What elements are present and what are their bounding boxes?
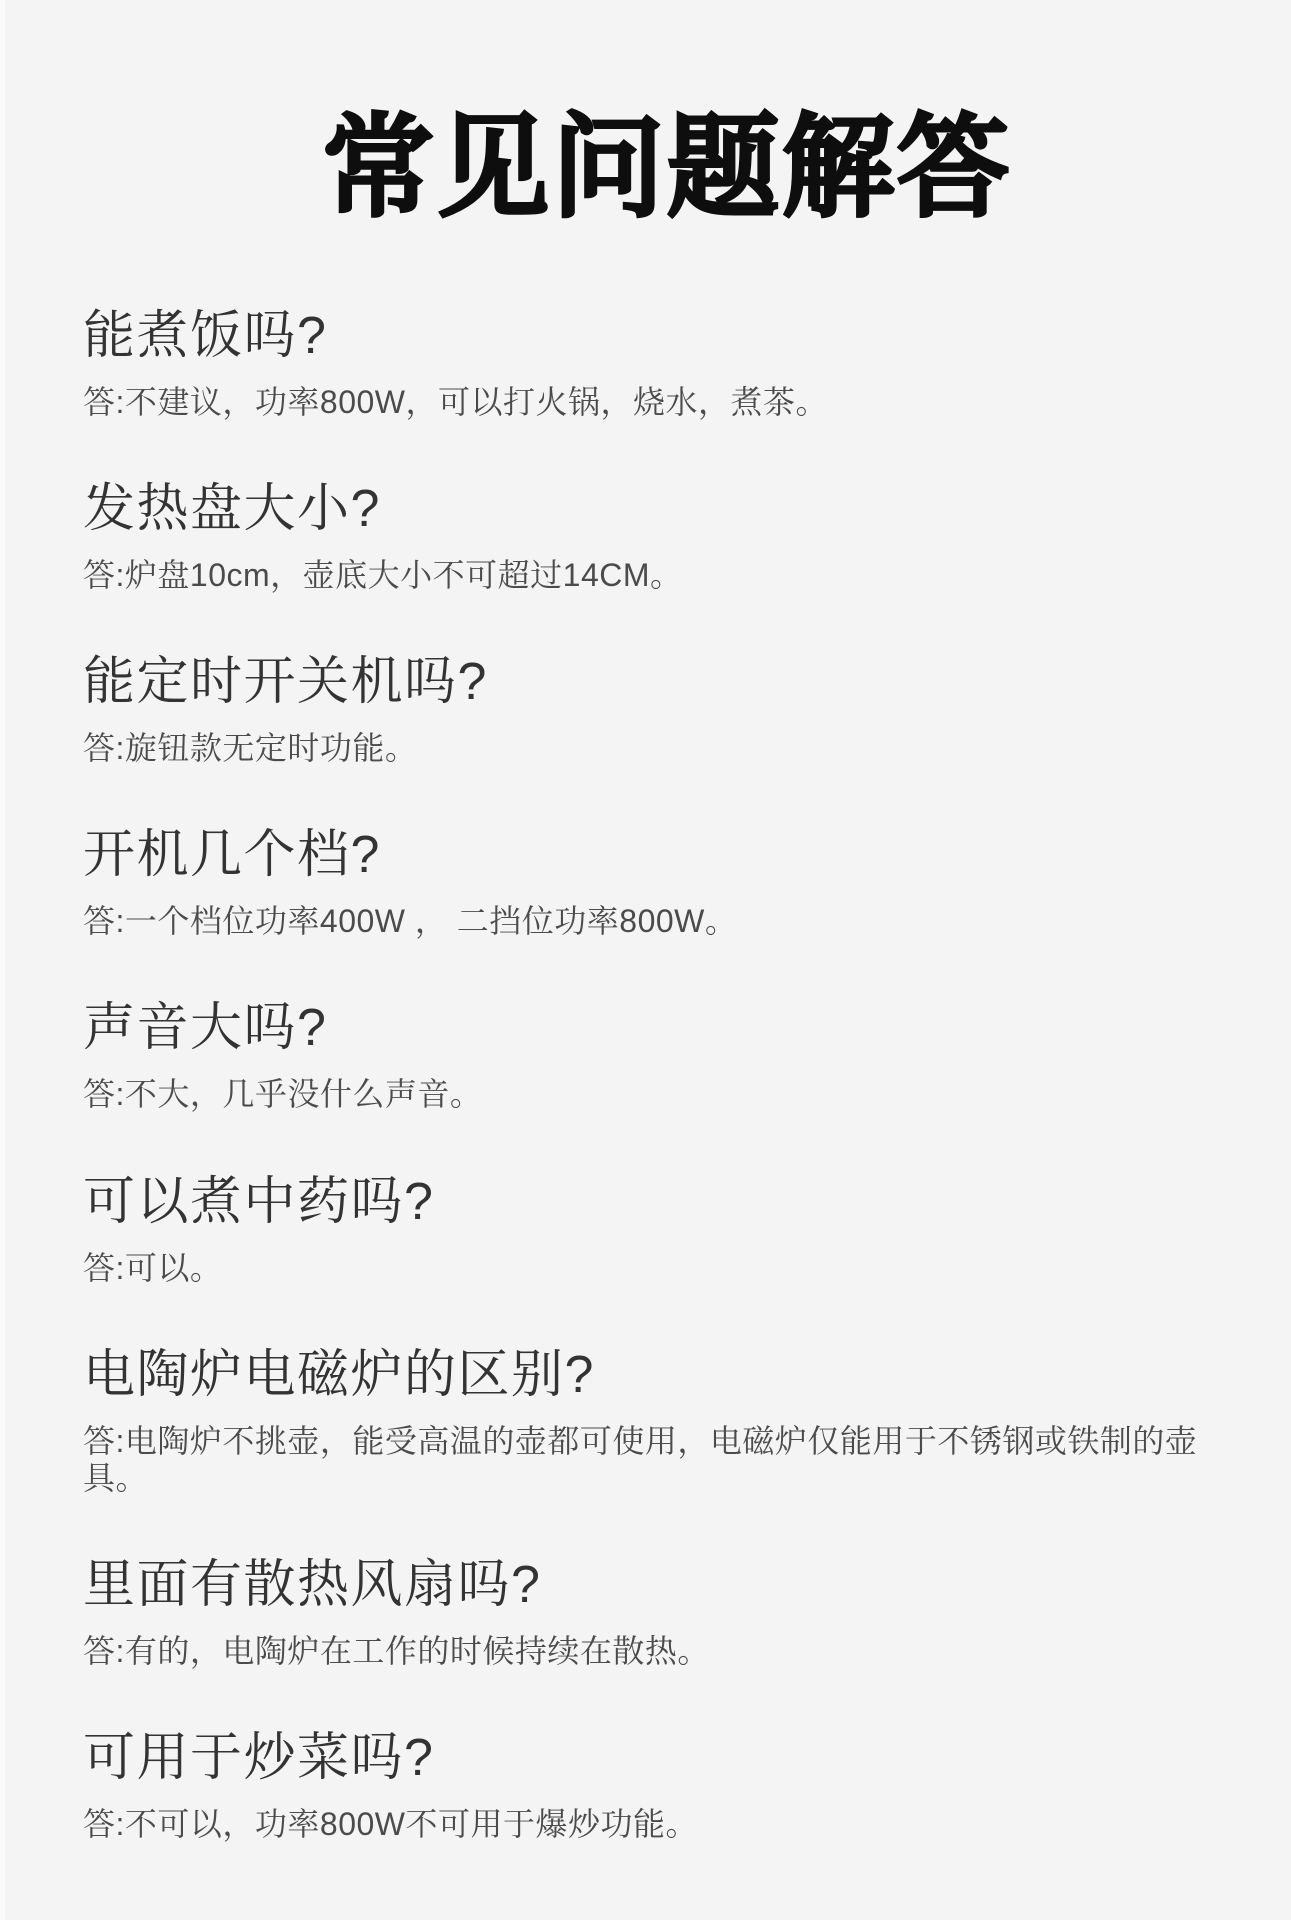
faq-item: 发热盘大小? 答:炉盘10cm，壶底大小不可超过14CM。	[83, 483, 1251, 594]
faq-question: 里面有散热风扇吗?	[83, 1559, 1251, 1611]
faq-question: 能煮饭吗?	[83, 310, 1251, 362]
faq-answer: 答:有的，电陶炉在工作的时候持续在散热。	[83, 1633, 1251, 1670]
faq-answer: 答:炉盘10cm，壶底大小不可超过14CM。	[83, 557, 1251, 594]
faq-question: 开机几个档?	[83, 829, 1251, 881]
faq-answer: 答:一个档位功率400W ， 二挡位功率800W。	[83, 903, 1251, 940]
faq-question: 声音大吗?	[83, 1002, 1251, 1054]
faq-item: 能煮饭吗? 答:不建议，功率800W，可以打火锅，烧水，煮茶。	[83, 310, 1251, 421]
faq-question: 发热盘大小?	[83, 483, 1251, 535]
faq-item: 可以煮中药吗? 答:可以。	[83, 1176, 1251, 1287]
faq-question: 可用于炒菜吗?	[83, 1732, 1251, 1784]
page-title: 常见问题解答	[83, 0, 1251, 224]
faq-question: 可以煮中药吗?	[83, 1176, 1251, 1228]
faq-item: 能定时开关机吗? 答:旋钮款无定时功能。	[83, 656, 1251, 767]
faq-answer: 答:不建议，功率800W，可以打火锅，烧水，煮茶。	[83, 384, 1251, 421]
faq-item: 声音大吗? 答:不大，几乎没什么声音。	[83, 1002, 1251, 1113]
faq-answer: 答:电陶炉不挑壶，能受高温的壶都可使用，电磁炉仅能用于不锈钢或铁制的壶具。	[83, 1423, 1251, 1497]
faq-item: 开机几个档? 答:一个档位功率400W ， 二挡位功率800W。	[83, 829, 1251, 940]
page-left-edge	[0, 0, 5, 1920]
faq-list: 能煮饭吗? 答:不建议，功率800W，可以打火锅，烧水，煮茶。 发热盘大小? 答…	[83, 310, 1251, 1843]
faq-page: 常见问题解答 能煮饭吗? 答:不建议，功率800W，可以打火锅，烧水，煮茶。 发…	[0, 0, 1291, 1843]
faq-answer: 答:不可以，功率800W不可用于爆炒功能。	[83, 1806, 1251, 1843]
faq-answer: 答:旋钮款无定时功能。	[83, 730, 1251, 767]
faq-item: 电陶炉电磁炉的区别? 答:电陶炉不挑壶，能受高温的壶都可使用，电磁炉仅能用于不锈…	[83, 1349, 1251, 1497]
faq-question: 能定时开关机吗?	[83, 656, 1251, 708]
faq-question: 电陶炉电磁炉的区别?	[83, 1349, 1251, 1401]
faq-item: 可用于炒菜吗? 答:不可以，功率800W不可用于爆炒功能。	[83, 1732, 1251, 1843]
faq-answer: 答:不大，几乎没什么声音。	[83, 1076, 1251, 1113]
faq-item: 里面有散热风扇吗? 答:有的，电陶炉在工作的时候持续在散热。	[83, 1559, 1251, 1670]
faq-answer: 答:可以。	[83, 1250, 1251, 1287]
